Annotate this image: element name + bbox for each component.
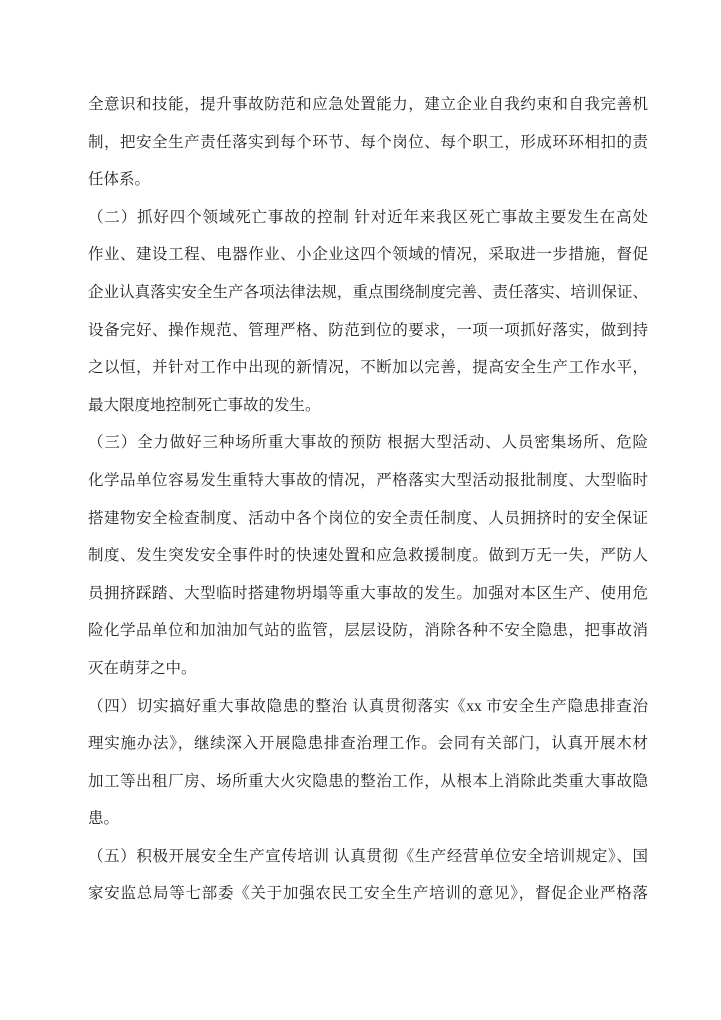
text-line: 企业认真落实安全生产各项法律法规，重点围绕制度完善、责任落实、培训保证、 (88, 274, 648, 312)
paragraph: （四）切实搞好重大事故隐患的整治 认真贯彻落实《xx 市安全生产隐患排查治理实施… (88, 688, 648, 838)
text-line: 任体系。 (88, 161, 648, 199)
text-line: （三）全力做好三种场所重大事故的预防 根据大型活动、人员密集场所、危险 (88, 424, 648, 462)
text-line: 员拥挤踩踏、大型临时搭建物坍塌等重大事故的发生。加强对本区生产、使用危 (88, 575, 648, 613)
text-line: 患。 (88, 800, 648, 838)
text-line: 险化学品单位和加油加气站的监管，层层设防，消除各种不安全隐患，把事故消 (88, 612, 648, 650)
text-line: 制度、发生突发安全事件时的快速处置和应急救援制度。做到万无一失，严防人 (88, 537, 648, 575)
document-page: 全意识和技能，提升事故防范和应急处置能力，建立企业自我约束和自我完善机制，把安全… (0, 0, 721, 1020)
text-line: 化学品单位容易发生重特大事故的情况，严格落实大型活动报批制度、大型临时 (88, 462, 648, 500)
text-line: （五）积极开展安全生产宣传培训 认真贯彻《生产经营单位安全培训规定》、国 (88, 838, 648, 876)
text-line: 加工等出租厂房、场所重大火灾隐患的整治工作，从根本上消除此类重大事故隐 (88, 763, 648, 801)
text-line: 作业、建设工程、电器作业、小企业这四个领域的情况，采取进一步措施，督促 (88, 236, 648, 274)
document-body: 全意识和技能，提升事故防范和应急处置能力，建立企业自我约束和自我完善机制，把安全… (88, 86, 648, 913)
paragraph: 全意识和技能，提升事故防范和应急处置能力，建立企业自我约束和自我完善机制，把安全… (88, 86, 648, 199)
text-line: 搭建物安全检查制度、活动中各个岗位的安全责任制度、人员拥挤时的安全保证 (88, 500, 648, 538)
text-line: （二）抓好四个领域死亡事故的控制 针对近年来我区死亡事故主要发生在高处 (88, 199, 648, 237)
paragraph: （三）全力做好三种场所重大事故的预防 根据大型活动、人员密集场所、危险化学品单位… (88, 424, 648, 687)
text-line: 最大限度地控制死亡事故的发生。 (88, 387, 648, 425)
text-line: 全意识和技能，提升事故防范和应急处置能力，建立企业自我约束和自我完善机 (88, 86, 648, 124)
text-line: 理实施办法》，继续深入开展隐患排查治理工作。会同有关部门，认真开展木材 (88, 725, 648, 763)
paragraph: （五）积极开展安全生产宣传培训 认真贯彻《生产经营单位安全培训规定》、国家安监总… (88, 838, 648, 913)
text-line: 制，把安全生产责任落实到每个环节、每个岗位、每个职工，形成环环相扣的责 (88, 124, 648, 162)
text-line: （四）切实搞好重大事故隐患的整治 认真贯彻落实《xx 市安全生产隐患排查治 (88, 688, 648, 726)
text-line: 灭在萌芽之中。 (88, 650, 648, 688)
text-line: 家安监总局等七部委《关于加强农民工安全生产培训的意见》，督促企业严格落 (88, 875, 648, 913)
text-line: 之以恒，并针对工作中出现的新情况，不断加以完善，提高安全生产工作水平， (88, 349, 648, 387)
text-line: 设备完好、操作规范、管理严格、防范到位的要求，一项一项抓好落实，做到持 (88, 312, 648, 350)
paragraph: （二）抓好四个领域死亡事故的控制 针对近年来我区死亡事故主要发生在高处作业、建设… (88, 199, 648, 425)
